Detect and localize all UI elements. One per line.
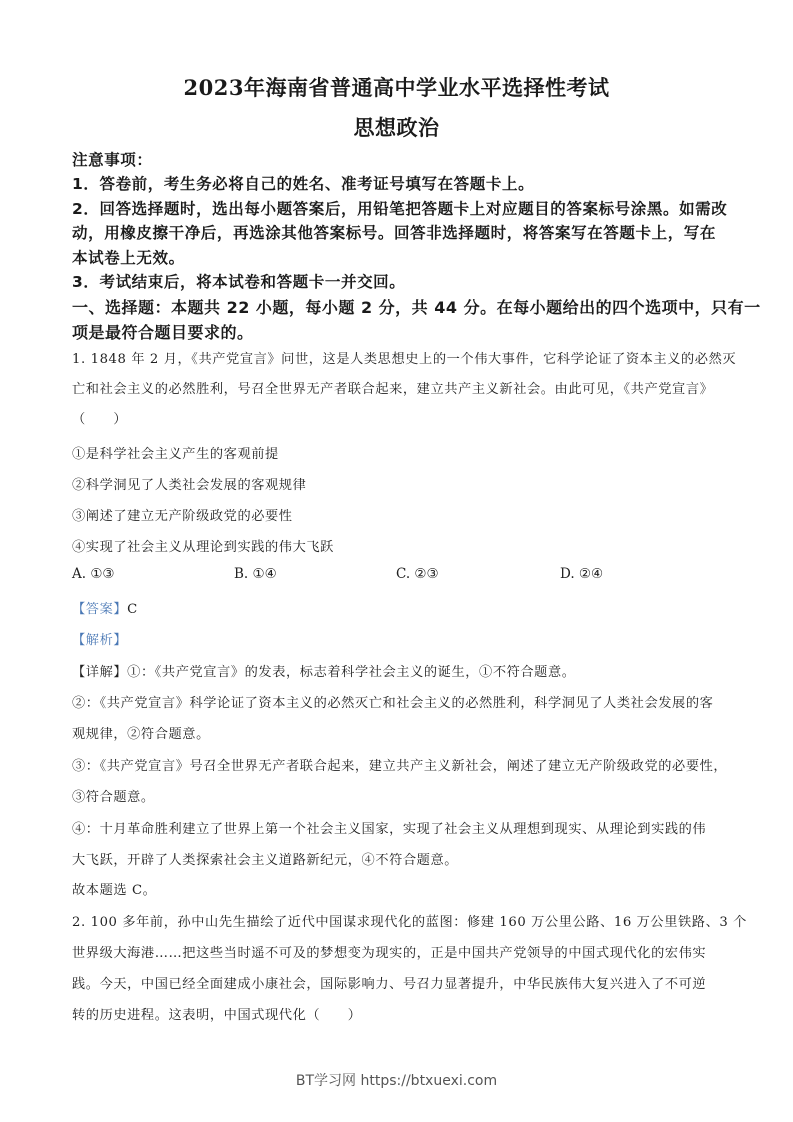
detail-line: ④：十月革命胜利建立了世界上第一个社会主义国家，实现了社会主义从理想到现实、从理… <box>72 818 732 837</box>
answer-tag: 【答案】 <box>72 602 127 617</box>
analysis-line: 【解析】 <box>72 629 732 648</box>
detail-line: 【详解】①：《共产党宣言》的发表，标志着科学社会主义的诞生，①不符合题意。 <box>72 661 732 680</box>
section-heading: 一、选择题：本题共 22 小题，每小题 2 分，共 44 分。在每小题给出的四个… <box>72 295 732 318</box>
notice-item: 3．考试结束后，将本试卷和答题卡一并交回。 <box>72 270 732 292</box>
question-stem: 1. 1848 年 2 月，《共产党宣言》问世，这是人类思想史上的一个伟大事件，… <box>72 348 732 367</box>
answer-blank: （ ） <box>72 408 732 427</box>
notice-item: 2．回答选择题时，选出每小题答案后，用铅笔把答题卡上对应题目的答案标号涂黑。如需… <box>72 197 732 219</box>
statement: ④实现了社会主义从理论到实践的伟大飞跃 <box>72 536 732 555</box>
answer-value: C <box>127 602 138 617</box>
notice-item: 1．答卷前，考生务必将自己的姓名、准考证号填写在答题卡上。 <box>72 172 732 194</box>
detail-line: ③符合题意。 <box>72 786 732 805</box>
section-heading: 项是最符合题目要求的。 <box>72 320 732 343</box>
question-stem: 2. 100 多年前，孙中山先生描绘了近代中国谋求现代化的蓝图：修建 160 万… <box>72 911 732 930</box>
detail-text: ①：《共产党宣言》的发表，标志着科学社会主义的诞生，①不符合题意。 <box>127 665 575 680</box>
option-b: B. ①④ <box>234 566 277 582</box>
detail-line: 观规律，②符合题意。 <box>72 723 732 742</box>
statement: ①是科学社会主义产生的客观前提 <box>72 443 732 462</box>
question-stem: 转的历史进程。这表明，中国式现代化（ ） <box>72 1004 732 1023</box>
detail-line: 大飞跃，开辟了人类探索社会主义道路新纪元，④不符合题意。 <box>72 849 732 868</box>
statement: ②科学洞见了人类社会发展的客观规律 <box>72 474 732 493</box>
question-stem: 践。今天，中国已经全面建成小康社会，国际影响力、号召力显著提升，中华民族伟大复兴… <box>72 973 732 992</box>
conclusion-line: 故本题选 C。 <box>72 879 732 898</box>
statement: ③阐述了建立无产阶级政党的必要性 <box>72 505 732 524</box>
answer-line: 【答案】C <box>72 598 732 617</box>
option-a: A. ①③ <box>72 566 115 582</box>
question-stem: 亡和社会主义的必然胜利，号召全世界无产者联合起来，建立共产主义新社会。由此可见，… <box>72 378 732 397</box>
subject-title: 思想政治 <box>0 112 793 142</box>
detail-line: ②：《共产党宣言》科学论证了资本主义的必然灭亡和社会主义的必然胜利，科学洞见了人… <box>72 692 732 711</box>
notice-heading: 注意事项： <box>72 148 732 170</box>
exam-page: 2023年海南省普通高中学业水平选择性考试 思想政治 注意事项： 1．答卷前，考… <box>0 0 793 1122</box>
notice-item: 本试卷上无效。 <box>72 246 732 268</box>
option-c: C. ②③ <box>396 566 439 582</box>
footer-watermark: BT学习网 https://btxuexi.com <box>0 1070 793 1090</box>
detail-line: ③：《共产党宣言》号召全世界无产者联合起来，建立共产主义新社会，阐述了建立无产阶… <box>72 755 732 774</box>
exam-title: 2023年海南省普通高中学业水平选择性考试 <box>0 72 793 102</box>
question-stem: 世界级大海港……把这些当时遥不可及的梦想变为现实的，正是中国共产党领导的中国式现… <box>72 942 732 961</box>
notice-item: 动，用橡皮擦干净后，再选涂其他答案标号。回答非选择题时，将答案写在答题卡上，写在 <box>72 221 732 243</box>
option-d: D. ②④ <box>560 566 603 582</box>
analysis-tag: 【解析】 <box>72 633 127 648</box>
detail-tag: 【详解】 <box>72 665 127 680</box>
